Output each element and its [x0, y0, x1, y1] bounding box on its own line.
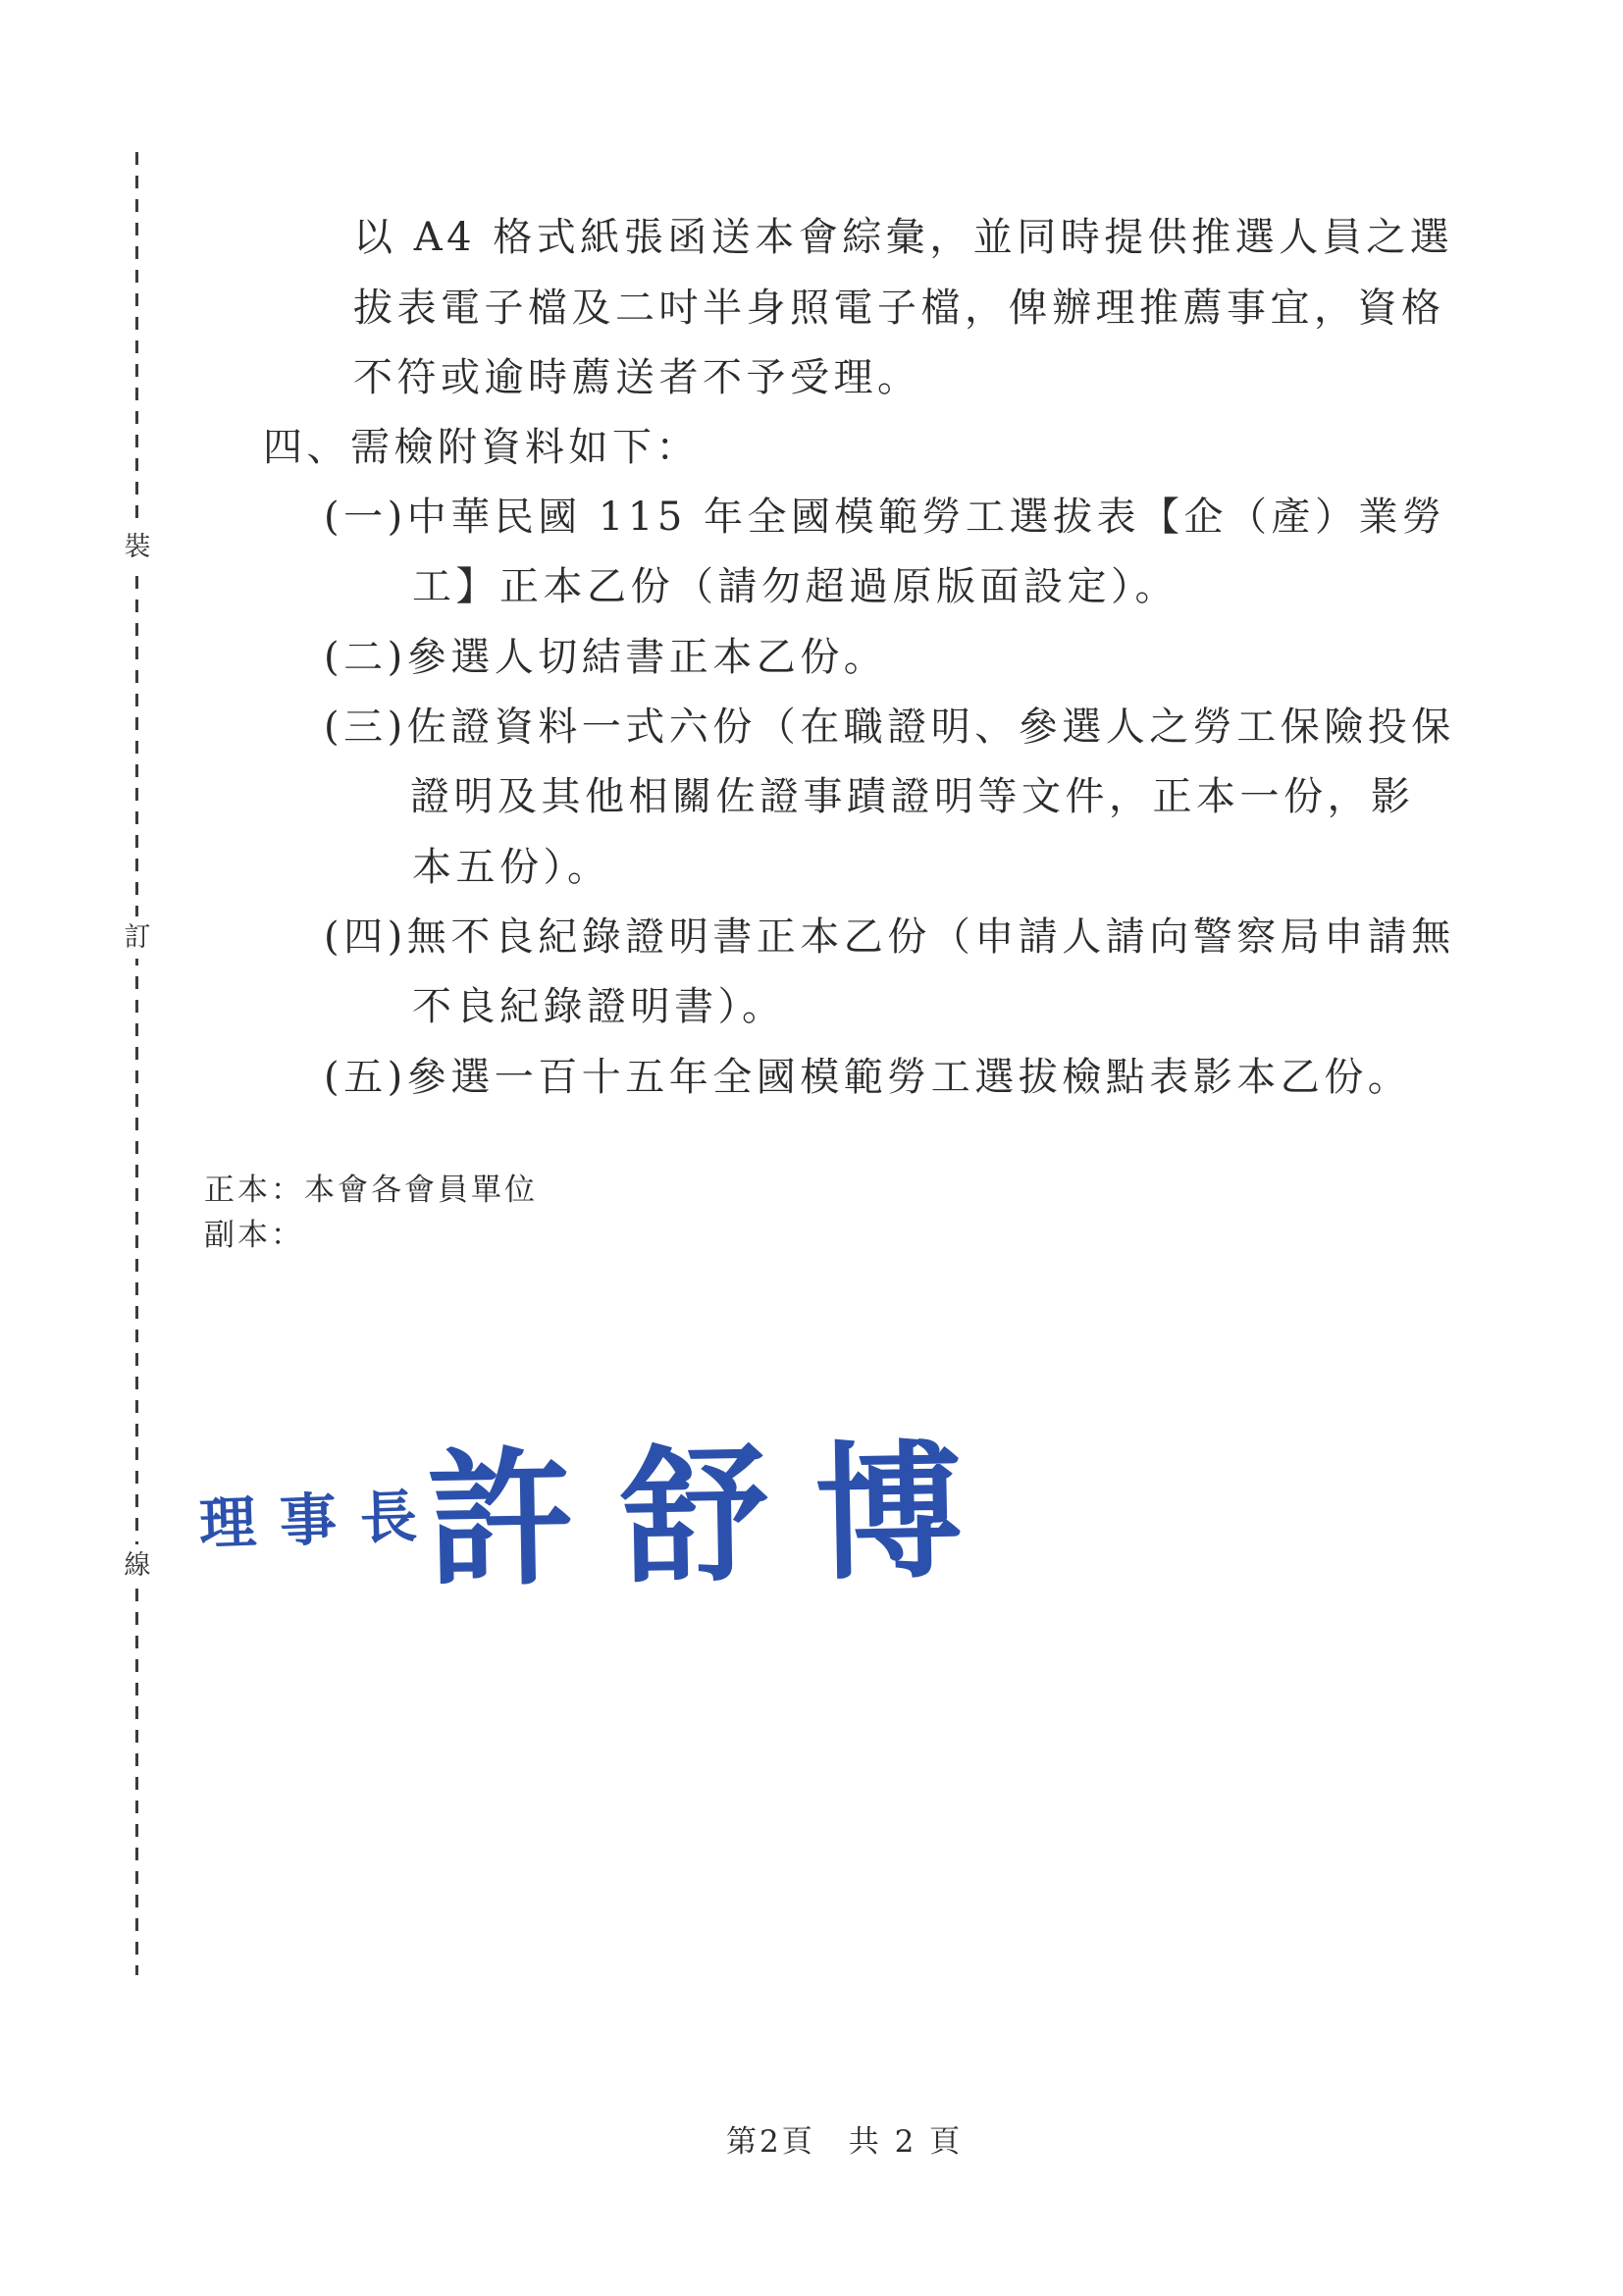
body-line-item2: (二)參選人切結書正本乙份。	[324, 638, 887, 677]
body-line-item5: (五)參選一百十五年全國模範勞工選拔檢點表影本乙份。	[324, 1058, 1411, 1097]
binding-mark-zhuang: 裝	[120, 526, 155, 568]
signature-title-chairman: 理事長	[198, 1487, 442, 1553]
body-line-item3-cont: 本五份）。	[412, 848, 611, 887]
body-line: 拔表電子檔及二吋半身照電子檔，俾辦理推薦事宜，資格	[353, 288, 1445, 328]
body-line: 不符或逾時薦送者不予受理。	[353, 358, 921, 397]
body-line-item3-cont: 證明及其他相關佐證事蹟證明等文件，正本一份，影	[410, 777, 1415, 816]
distribution-original-line: 正本：本會各會員單位	[204, 1175, 538, 1206]
body-line-item4: (四)無不良紀錄證明書正本乙份（申請人請向警察局申請無	[324, 917, 1455, 957]
body-line-item4-cont: 不良紀錄證明書）。	[412, 987, 786, 1026]
document-page: 裝 訂 線 以 A4 格式紙張函送本會綜彙，並同時提供推選人員之選 拔表電子檔及…	[0, 0, 1623, 2296]
body-line: 以 A4 格式紙張函送本會綜彙，並同時提供推選人員之選	[353, 218, 1453, 257]
signature-name: 許舒博	[426, 1437, 1012, 1594]
binding-mark-ding: 訂	[120, 916, 155, 959]
distribution-copy-line: 副本：	[204, 1221, 304, 1251]
body-line-item3: (三)佐證資料一式六份（在職證明、參選人之勞工保險投保	[324, 707, 1455, 747]
page-number-footer: 第2頁 共 2 頁	[726, 2127, 963, 2158]
binding-mark-xian: 線	[120, 1544, 155, 1587]
binding-dashed-line	[135, 152, 138, 1975]
body-line-item1: (一)中華民國 115 年全國模範勞工選拔表【企（產）業勞	[324, 497, 1446, 537]
body-line-item1-cont: 工】正本乙份（請勿超過原版面設定）。	[412, 567, 1178, 606]
body-line-item4-header: 四、需檢附資料如下：	[263, 428, 700, 467]
